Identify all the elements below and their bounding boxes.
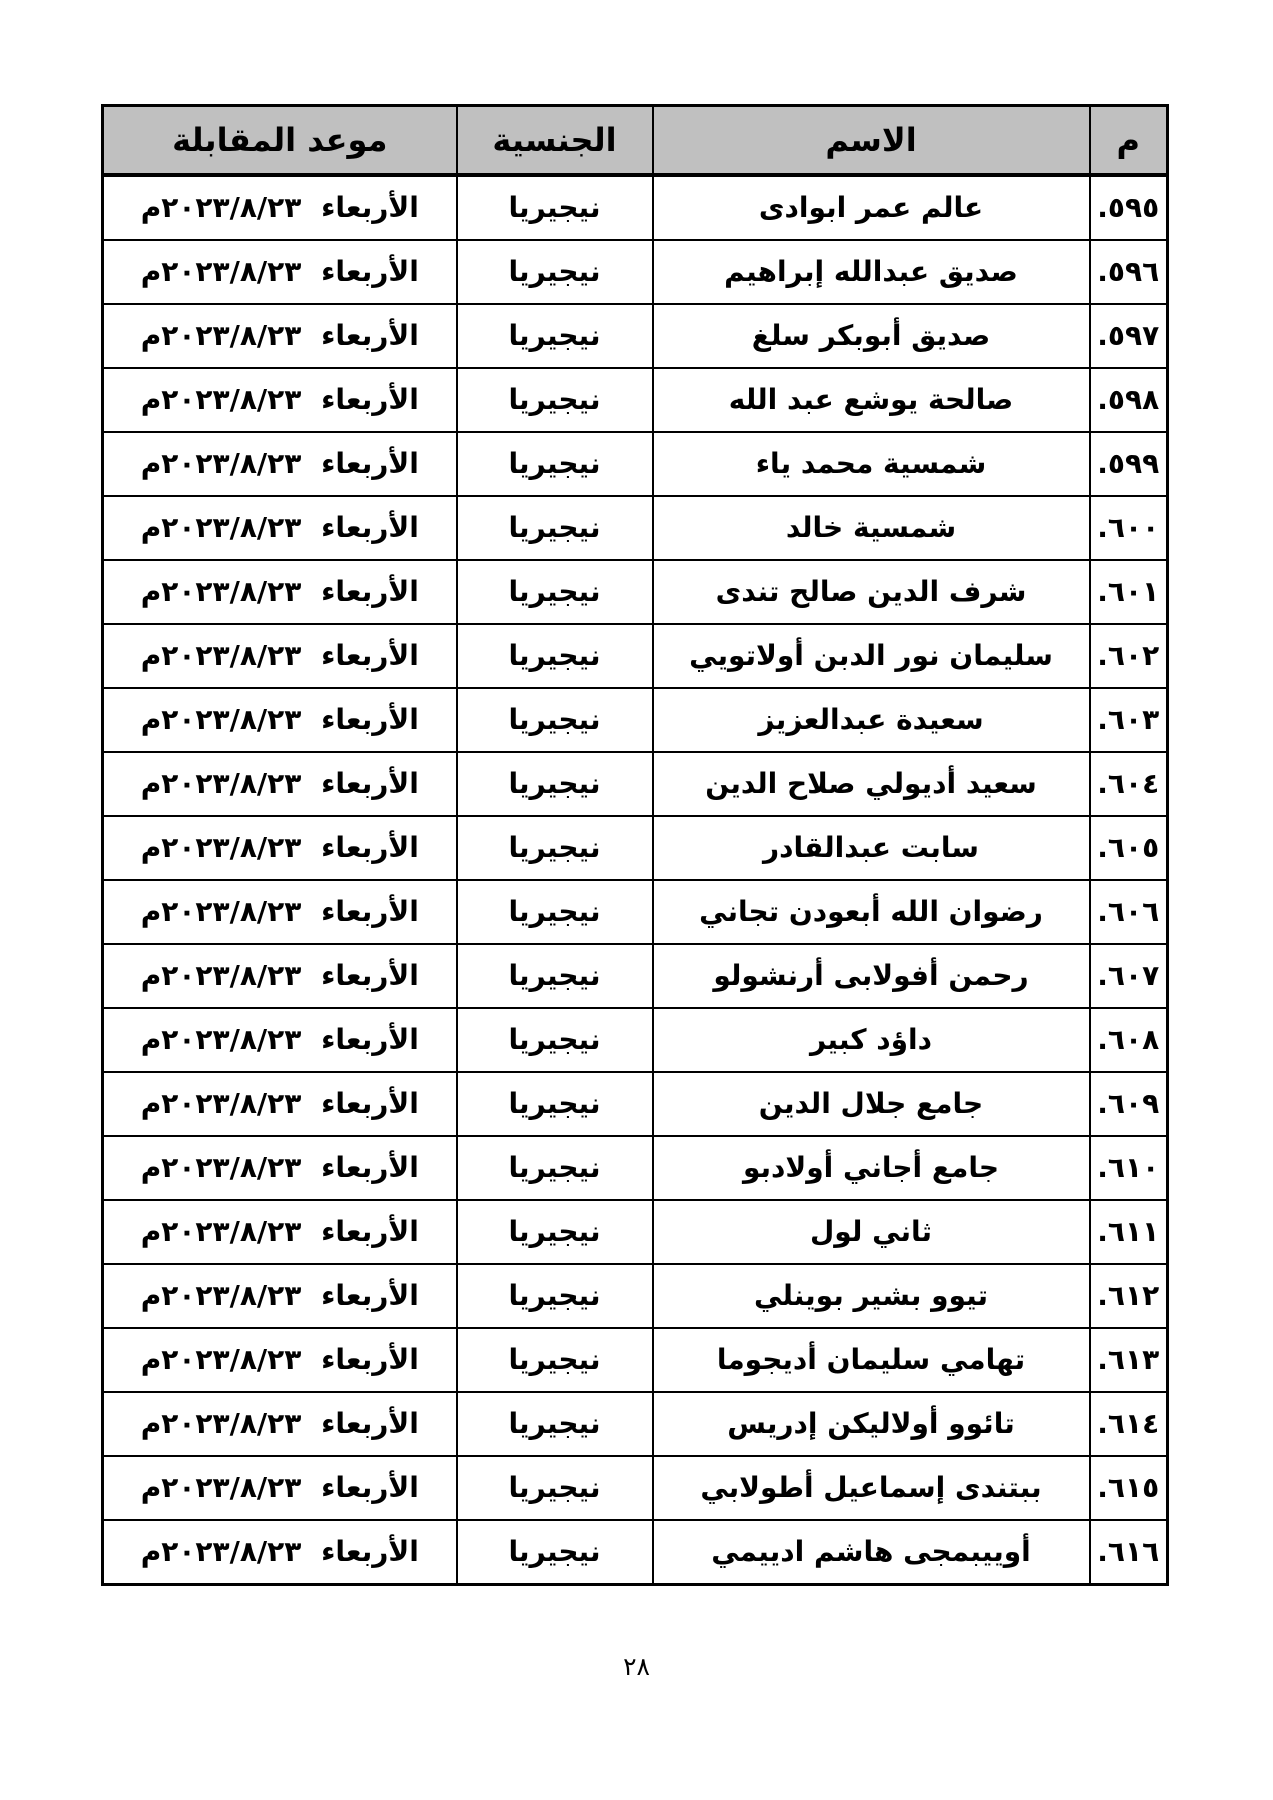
serial-cell: ٦٠٢. xyxy=(1090,624,1168,688)
serial-cell: ٦١١. xyxy=(1090,1200,1168,1264)
table-row: ٦١٣. تهامي سليمان أديجوما نيجيريا الأربع… xyxy=(103,1328,1168,1392)
name-cell: سليمان نور الدبن أولاتويي xyxy=(653,624,1090,688)
nationality-cell: نيجيريا xyxy=(457,1136,653,1200)
table-row: ٦٠٧. رحمن أفولابى أرنشولو نيجيريا الأربع… xyxy=(103,944,1168,1008)
nationality-cell: نيجيريا xyxy=(457,1264,653,1328)
interview-date-cell: الأربعاء ٢٠٢٣/٨/٢٣م xyxy=(103,368,457,432)
nationality-cell: نيجيريا xyxy=(457,1008,653,1072)
interview-date-cell: الأربعاء ٢٠٢٣/٨/٢٣م xyxy=(103,1136,457,1200)
table-row: ٦٠١. شرف الدين صالح تندى نيجيريا الأربعا… xyxy=(103,560,1168,624)
nationality-cell: نيجيريا xyxy=(457,752,653,816)
name-cell: ببتندى إسماعيل أطولابي xyxy=(653,1456,1090,1520)
name-cell: صديق عبدالله إبراهيم xyxy=(653,240,1090,304)
nationality-cell: نيجيريا xyxy=(457,496,653,560)
table-row: ٥٩٩. شمسية محمد ياء نيجيريا الأربعاء ٢٠٢… xyxy=(103,432,1168,496)
interview-date-cell: الأربعاء ٢٠٢٣/٨/٢٣م xyxy=(103,1328,457,1392)
name-cell: جامع جلال الدين xyxy=(653,1072,1090,1136)
table-row: ٦٠٣. سعيدة عبدالعزيز نيجيريا الأربعاء ٢٠… xyxy=(103,688,1168,752)
nationality-cell: نيجيريا xyxy=(457,1520,653,1585)
interview-date-cell: الأربعاء ٢٠٢٣/٨/٢٣م xyxy=(103,1456,457,1520)
name-cell: شرف الدين صالح تندى xyxy=(653,560,1090,624)
serial-cell: ٥٩٦. xyxy=(1090,240,1168,304)
page-number: ٢٨ xyxy=(0,1652,1273,1681)
serial-cell: ٦١٤. xyxy=(1090,1392,1168,1456)
table-row: ٦٠٥. سابت عبدالقادر نيجيريا الأربعاء ٢٠٢… xyxy=(103,816,1168,880)
table-row: ٦١٥. ببتندى إسماعيل أطولابي نيجيريا الأر… xyxy=(103,1456,1168,1520)
name-cell: تائوو أولاليكن إدريس xyxy=(653,1392,1090,1456)
nationality-cell: نيجيريا xyxy=(457,1200,653,1264)
nationality-cell: نيجيريا xyxy=(457,816,653,880)
serial-cell: ٦٠١. xyxy=(1090,560,1168,624)
name-cell: جامع أجاني أولادبو xyxy=(653,1136,1090,1200)
nationality-cell: نيجيريا xyxy=(457,624,653,688)
table-row: ٦٠٦. رضوان الله أبعودن تجاني نيجيريا الأ… xyxy=(103,880,1168,944)
name-cell: شمسية محمد ياء xyxy=(653,432,1090,496)
name-cell: سعيد أديولي صلاح الدين xyxy=(653,752,1090,816)
interview-date-cell: الأربعاء ٢٠٢٣/٨/٢٣م xyxy=(103,1520,457,1585)
nationality-cell: نيجيريا xyxy=(457,432,653,496)
table-row: ٦٠٨. داؤد كبير نيجيريا الأربعاء ٢٠٢٣/٨/٢… xyxy=(103,1008,1168,1072)
table-row: ٥٩٦. صديق عبدالله إبراهيم نيجيريا الأربع… xyxy=(103,240,1168,304)
interview-date-cell: الأربعاء ٢٠٢٣/٨/٢٣م xyxy=(103,688,457,752)
table-row: ٦١١. ثاني لول نيجيريا الأربعاء ٢٠٢٣/٨/٢٣… xyxy=(103,1200,1168,1264)
table-body: ٥٩٥. عالم عمر ابوادى نيجيريا الأربعاء ٢٠… xyxy=(103,175,1168,1585)
table-row: ٦١٦. أوييبمجى هاشم ادييمي نيجيريا الأربع… xyxy=(103,1520,1168,1585)
interview-date-cell: الأربعاء ٢٠٢٣/٨/٢٣م xyxy=(103,752,457,816)
nationality-cell: نيجيريا xyxy=(457,944,653,1008)
serial-cell: ٥٩٨. xyxy=(1090,368,1168,432)
name-cell: داؤد كبير xyxy=(653,1008,1090,1072)
nationality-cell: نيجيريا xyxy=(457,240,653,304)
name-cell: صديق أبوبكر سلغ xyxy=(653,304,1090,368)
serial-cell: ٦٠٨. xyxy=(1090,1008,1168,1072)
serial-cell: ٦١٦. xyxy=(1090,1520,1168,1585)
table-row: ٦٠٤. سعيد أديولي صلاح الدين نيجيريا الأر… xyxy=(103,752,1168,816)
header-serial-column: م xyxy=(1090,106,1168,176)
nationality-cell: نيجيريا xyxy=(457,304,653,368)
nationality-cell: نيجيريا xyxy=(457,880,653,944)
nationality-cell: نيجيريا xyxy=(457,368,653,432)
header-nationality-column: الجنسية xyxy=(457,106,653,176)
serial-cell: ٦٠٦. xyxy=(1090,880,1168,944)
interview-date-cell: الأربعاء ٢٠٢٣/٨/٢٣م xyxy=(103,304,457,368)
name-cell: ثاني لول xyxy=(653,1200,1090,1264)
serial-cell: ٥٩٩. xyxy=(1090,432,1168,496)
interview-date-cell: الأربعاء ٢٠٢٣/٨/٢٣م xyxy=(103,1200,457,1264)
serial-cell: ٦٠٠. xyxy=(1090,496,1168,560)
serial-cell: ٦٠٥. xyxy=(1090,816,1168,880)
serial-cell: ٦١٠. xyxy=(1090,1136,1168,1200)
header-name-column: الاسم xyxy=(653,106,1090,176)
nationality-cell: نيجيريا xyxy=(457,1392,653,1456)
interview-date-cell: الأربعاء ٢٠٢٣/٨/٢٣م xyxy=(103,432,457,496)
name-cell: رحمن أفولابى أرنشولو xyxy=(653,944,1090,1008)
interview-date-cell: الأربعاء ٢٠٢٣/٨/٢٣م xyxy=(103,624,457,688)
interview-date-cell: الأربعاء ٢٠٢٣/٨/٢٣م xyxy=(103,560,457,624)
name-cell: سعيدة عبدالعزيز xyxy=(653,688,1090,752)
table-row: ٦٠٢. سليمان نور الدبن أولاتويي نيجيريا ا… xyxy=(103,624,1168,688)
nationality-cell: نيجيريا xyxy=(457,175,653,240)
name-cell: سابت عبدالقادر xyxy=(653,816,1090,880)
interview-date-cell: الأربعاء ٢٠٢٣/٨/٢٣م xyxy=(103,1264,457,1328)
header-interview-date-column: موعد المقابلة xyxy=(103,106,457,176)
table-header-row: م الاسم الجنسية موعد المقابلة xyxy=(103,106,1168,176)
table-row: ٥٩٨. صالحة يوشع عبد الله نيجيريا الأربعا… xyxy=(103,368,1168,432)
name-cell: صالحة يوشع عبد الله xyxy=(653,368,1090,432)
table-row: ٦١٤. تائوو أولاليكن إدريس نيجيريا الأربع… xyxy=(103,1392,1168,1456)
serial-cell: ٦٠٤. xyxy=(1090,752,1168,816)
interview-date-cell: الأربعاء ٢٠٢٣/٨/٢٣م xyxy=(103,816,457,880)
serial-cell: ٦١٣. xyxy=(1090,1328,1168,1392)
name-cell: رضوان الله أبعودن تجاني xyxy=(653,880,1090,944)
table-row: ٦٠٠. شمسية خالد نيجيريا الأربعاء ٢٠٢٣/٨/… xyxy=(103,496,1168,560)
nationality-cell: نيجيريا xyxy=(457,1456,653,1520)
nationality-cell: نيجيريا xyxy=(457,1072,653,1136)
nationality-cell: نيجيريا xyxy=(457,560,653,624)
serial-cell: ٥٩٧. xyxy=(1090,304,1168,368)
name-cell: أوييبمجى هاشم ادييمي xyxy=(653,1520,1090,1585)
interview-date-cell: الأربعاء ٢٠٢٣/٨/٢٣م xyxy=(103,1072,457,1136)
serial-cell: ٦٠٩. xyxy=(1090,1072,1168,1136)
serial-cell: ٦٠٧. xyxy=(1090,944,1168,1008)
table-row: ٥٩٧. صديق أبوبكر سلغ نيجيريا الأربعاء ٢٠… xyxy=(103,304,1168,368)
interview-date-cell: الأربعاء ٢٠٢٣/٨/٢٣م xyxy=(103,175,457,240)
nationality-cell: نيجيريا xyxy=(457,688,653,752)
nationality-cell: نيجيريا xyxy=(457,1328,653,1392)
interview-date-cell: الأربعاء ٢٠٢٣/٨/٢٣م xyxy=(103,240,457,304)
interview-schedule-table: م الاسم الجنسية موعد المقابلة ٥٩٥. عالم … xyxy=(101,104,1169,1586)
interview-date-cell: الأربعاء ٢٠٢٣/٨/٢٣م xyxy=(103,880,457,944)
interview-date-cell: الأربعاء ٢٠٢٣/٨/٢٣م xyxy=(103,1392,457,1456)
interview-date-cell: الأربعاء ٢٠٢٣/٨/٢٣م xyxy=(103,944,457,1008)
document-page: م الاسم الجنسية موعد المقابلة ٥٩٥. عالم … xyxy=(0,0,1273,1800)
table-row: ٥٩٥. عالم عمر ابوادى نيجيريا الأربعاء ٢٠… xyxy=(103,175,1168,240)
serial-cell: ٦٠٣. xyxy=(1090,688,1168,752)
name-cell: شمسية خالد xyxy=(653,496,1090,560)
table-row: ٦١٠. جامع أجاني أولادبو نيجيريا الأربعاء… xyxy=(103,1136,1168,1200)
table-row: ٦١٢. تيوو بشير بوينلي نيجيريا الأربعاء ٢… xyxy=(103,1264,1168,1328)
serial-cell: ٦١٢. xyxy=(1090,1264,1168,1328)
name-cell: عالم عمر ابوادى xyxy=(653,175,1090,240)
interview-date-cell: الأربعاء ٢٠٢٣/٨/٢٣م xyxy=(103,1008,457,1072)
serial-cell: ٥٩٥. xyxy=(1090,175,1168,240)
serial-cell: ٦١٥. xyxy=(1090,1456,1168,1520)
table-row: ٦٠٩. جامع جلال الدين نيجيريا الأربعاء ٢٠… xyxy=(103,1072,1168,1136)
interview-date-cell: الأربعاء ٢٠٢٣/٨/٢٣م xyxy=(103,496,457,560)
name-cell: تهامي سليمان أديجوما xyxy=(653,1328,1090,1392)
name-cell: تيوو بشير بوينلي xyxy=(653,1264,1090,1328)
